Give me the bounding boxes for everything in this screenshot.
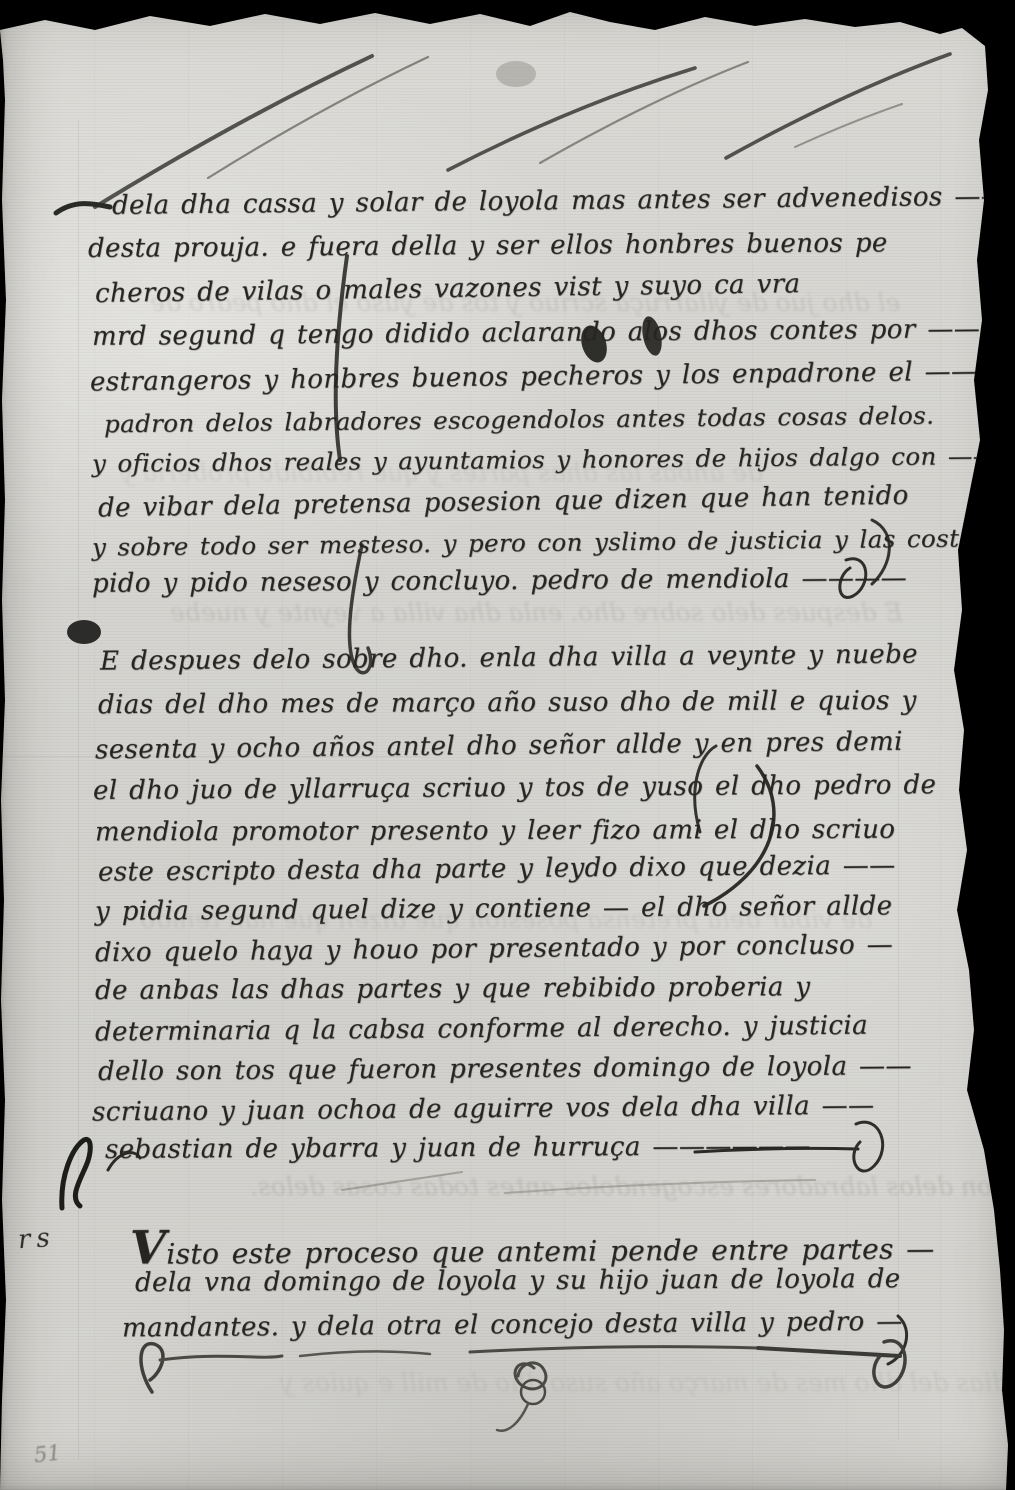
slash-mark [208,57,428,178]
text-line: y pidia segund quel dize y contiene — el… [95,891,893,927]
closing-rule [141,1344,163,1392]
text-line: dias del dho mes de março año suso dho d… [98,686,917,720]
text-line: scriuano y juan ochoa de aguirre vos del… [92,1091,875,1128]
text-line: el dho juo de yllarruça scriuo y tos de … [93,770,937,806]
margin-note: rs [17,1223,57,1256]
text-line: dela dha cassa y solar de loyola mas ant… [112,181,1015,221]
text-line: mendiola promotor presento y leer fizo a… [95,815,895,848]
paper-sheet: E despues delo sobre dho. enla dha villa… [0,0,1015,1490]
text-line: dixo quelo haya y houo por presentado y … [95,930,893,968]
text-line: estrangeros y honbres buenos pecheros y … [90,357,978,398]
smudge [496,61,536,87]
slash-mark [448,68,695,170]
text-line: de vibar dela pretensa posesion que dize… [98,481,909,524]
bleedthrough-text: E despues delo sobre dho. enla dha villa… [170,598,903,627]
pen-stroke [854,1122,883,1171]
text-line: desta prouja. e fuera della y ser ellos … [88,228,888,264]
text-line: E despues delo sobre dho. enla dha villa… [100,639,918,676]
text-line: sebastian de ybarra y juan de hurruça ——… [105,1131,811,1165]
bleedthrough-text: dias del dho mes de março año suso dho d… [280,1368,1008,1397]
text-line: determinaria q la cabsa conforme al dere… [95,1011,868,1048]
closing-rule [758,1348,900,1356]
manuscript-photo: E despues delo sobre dho. enla dha villa… [0,0,1015,1490]
text-line: sesenta y ocho años antel dho señor alld… [95,727,903,765]
ink-blot [67,620,101,644]
text-line: mandantes. y dela otra el concejo desta … [122,1307,903,1344]
pen-stroke [56,204,110,213]
text-line: este escripto desta dha parte y leydo di… [98,851,896,888]
text-line: dello son tos que fueron presentes domin… [98,1051,912,1087]
text-line: pido y pido neseso y concluyo. pedro de … [92,563,907,599]
knot-flourish [497,1404,528,1431]
text-line: y sobre todo ser mesteso. y pero con ysl… [92,523,988,561]
folio-number: 51 [33,1441,62,1468]
slash-mark [726,54,950,158]
text-line: y oficios dhos reales y ayuntamios y hon… [92,441,998,478]
text-line: mrd segund q tengo didido aclarando alos… [92,314,980,352]
slash-mark [795,104,902,147]
closing-rule [470,1347,758,1352]
text-line: padron delos labradores escogendolos ant… [104,401,935,439]
slash-mark [540,62,748,163]
text-line: de anbas las dhas partes y que rebibido … [95,972,811,1006]
pen-stroke [62,1139,90,1208]
bleedthrough-text: padron delos labradores escogendolos ant… [250,1172,1015,1201]
text-line: dela vna domingo de loyola y su hijo jua… [135,1264,901,1298]
closing-rule [160,1356,282,1360]
slash-mark [95,56,372,207]
vertical-crease [78,120,79,1460]
closing-rule [300,1351,430,1356]
